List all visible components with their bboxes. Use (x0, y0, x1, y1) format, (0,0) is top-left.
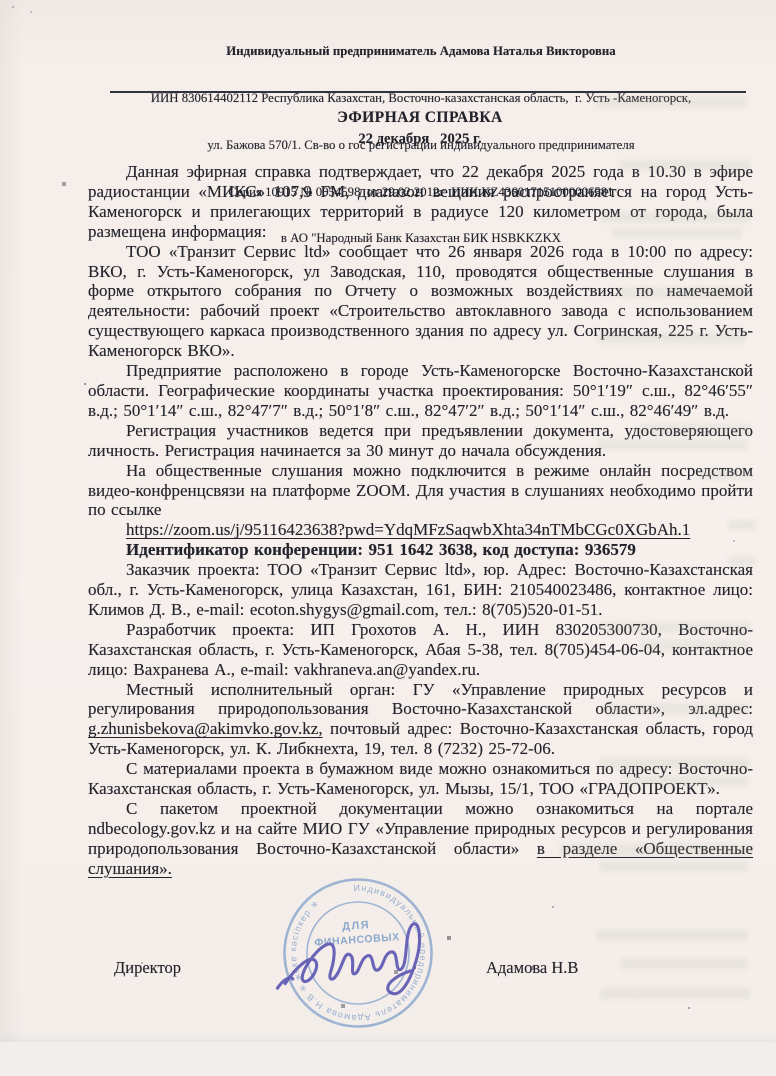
zoom-meeting-link[interactable]: https://zoom.us/j/95116423638?pwd=YdqMFz… (126, 520, 690, 539)
signoff-role: Директор (114, 958, 181, 978)
document-date: 22 декабря 2025 г. (88, 131, 752, 148)
signoff-name: Адамова Н.В (486, 958, 578, 978)
paragraph-announcement: ТОО «Транзит Сервис ltd» сообщает что 26… (88, 242, 753, 361)
letterhead-divider (110, 91, 746, 93)
scan-bottom-edge (0, 1042, 776, 1076)
page-title: ЭФИРНАЯ СПРАВКА (88, 109, 752, 127)
letterhead-entrepreneur-name: Индивидуальный предприниматель Адамова Н… (96, 44, 746, 60)
conference-id-line: Идентификатор конференции: 951 1642 3638… (88, 540, 753, 560)
paragraph-customer: Заказчик проекта: ТОО «Транзит Сервис lt… (88, 560, 753, 620)
scan-speckles (0, 0, 2, 2)
scanned-document-page: Индивидуальный предприниматель Адамова Н… (0, 0, 776, 1076)
authority-email-link[interactable]: g.zhunisbekova@akimvko.gov.kz, (88, 719, 323, 738)
document-body: Данная эфирная справка подтверждает, что… (88, 162, 753, 879)
paragraph-location-coordinates: Предприятие расположено в городе Усть-Ка… (88, 361, 753, 421)
paragraph-online-access: На общественные слушания можно подключит… (88, 461, 753, 521)
paragraph-authority: Местный исполнительный орган: ГУ «Управл… (88, 680, 753, 760)
handwritten-signature-icon (269, 910, 461, 1019)
zoom-link-line: https://zoom.us/j/95116423638?pwd=YdqMFz… (88, 520, 753, 540)
